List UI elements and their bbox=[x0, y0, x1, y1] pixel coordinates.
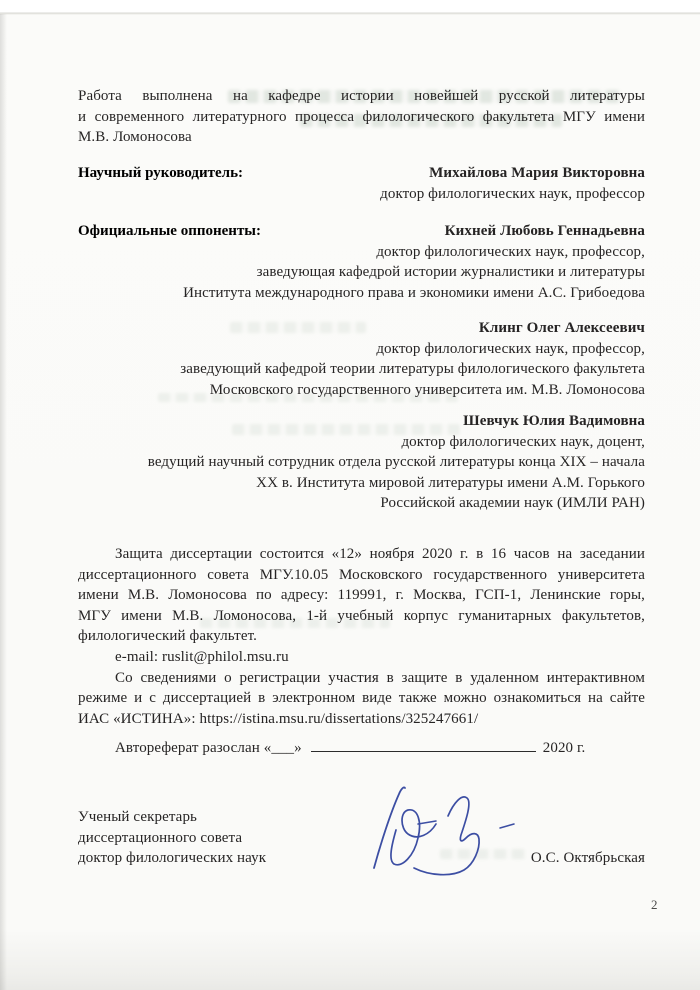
defense-line: диссертационного совета МГУ.10.05 Москов… bbox=[78, 565, 645, 586]
opponent-detail: заведующая кафедрой истории журналистики… bbox=[78, 262, 645, 283]
opponent-detail: доктор филологических наук, доцент, bbox=[78, 432, 645, 453]
intro-line: и современного литературного процесса фи… bbox=[78, 107, 645, 128]
opponent-block: Шевчук Юлия Вадимовна доктор филологичес… bbox=[78, 411, 645, 514]
intro-line: Работа выполнена на кафедре истории нове… bbox=[78, 86, 645, 107]
defense-paragraph: Защита диссертации состоится «12» ноября… bbox=[78, 544, 645, 729]
scanned-document-page: Работа выполнена на кафедре истории нове… bbox=[0, 0, 700, 990]
defense-line: филологический факультет. bbox=[78, 626, 645, 647]
email-line: e-mail: ruslit@philol.msu.ru bbox=[78, 647, 645, 668]
info-line: Со сведениями о регистрации участия в за… bbox=[78, 668, 645, 689]
opponent-name: Шевчук Юлия Вадимовна bbox=[78, 411, 645, 432]
info-line: ИАС «ИСТИНА»: https://istina.msu.ru/diss… bbox=[78, 709, 645, 730]
defense-line: имени М.В. Ломоносова по адресу: 119991,… bbox=[78, 585, 645, 606]
supervisor-label: Научный руководитель: bbox=[78, 163, 243, 184]
opponents-block: Официальные оппоненты: Кихней Любовь Ген… bbox=[78, 221, 645, 303]
defense-line: Защита диссертации состоится «12» ноября… bbox=[78, 544, 645, 565]
secretary-line: Ученый секретарь bbox=[78, 807, 378, 828]
opponent-detail: доктор филологических наук, профессор, bbox=[78, 242, 645, 263]
page-number: 2 bbox=[651, 897, 658, 913]
distribution-line: Автореферат разослан «___»2020 г. bbox=[78, 737, 645, 759]
opponents-label: Официальные оппоненты: bbox=[78, 221, 261, 242]
opponent-detail: Московского государственного университет… bbox=[78, 380, 645, 401]
opponent-detail: Российской академии наук (ИМЛИ РАН) bbox=[78, 493, 645, 514]
opponent-detail: доктор филологических наук, профессор, bbox=[78, 339, 645, 360]
signature-handwriting bbox=[352, 772, 532, 884]
info-line: режиме и с диссертацией в электронном ви… bbox=[78, 688, 645, 709]
defense-line: МГУ имени М.В. Ломоносова, 1-й учебный к… bbox=[78, 606, 645, 627]
supervisor-degree: доктор филологических наук, профессор bbox=[78, 184, 645, 205]
scan-edge-shadow bbox=[0, 14, 7, 990]
intro-paragraph: Работа выполнена на кафедре истории нове… bbox=[78, 86, 645, 148]
opponent-name: Клинг Олег Алексеевич bbox=[78, 318, 645, 339]
opponent-detail: XX в. Института мировой литературы имени… bbox=[78, 473, 645, 494]
fill-in-blank bbox=[311, 737, 536, 752]
distribution-suffix: 2020 г. bbox=[543, 740, 586, 756]
intro-line: М.В. Ломоносова bbox=[78, 127, 645, 148]
supervisor-block: Научный руководитель: Михайлова Мария Ви… bbox=[78, 163, 645, 204]
distribution-prefix: Автореферат разослан «___» bbox=[115, 740, 302, 756]
opponent-detail: Института международного права и экономи… bbox=[78, 283, 645, 304]
opponent-detail: ведущий научный сотрудник отдела русской… bbox=[78, 452, 645, 473]
opponent-block: Клинг Олег Алексеевич доктор филологичес… bbox=[78, 318, 645, 400]
secretary-line: диссертационного совета bbox=[78, 828, 378, 849]
opponent-detail: заведующий кафедрой теории литературы фи… bbox=[78, 359, 645, 380]
